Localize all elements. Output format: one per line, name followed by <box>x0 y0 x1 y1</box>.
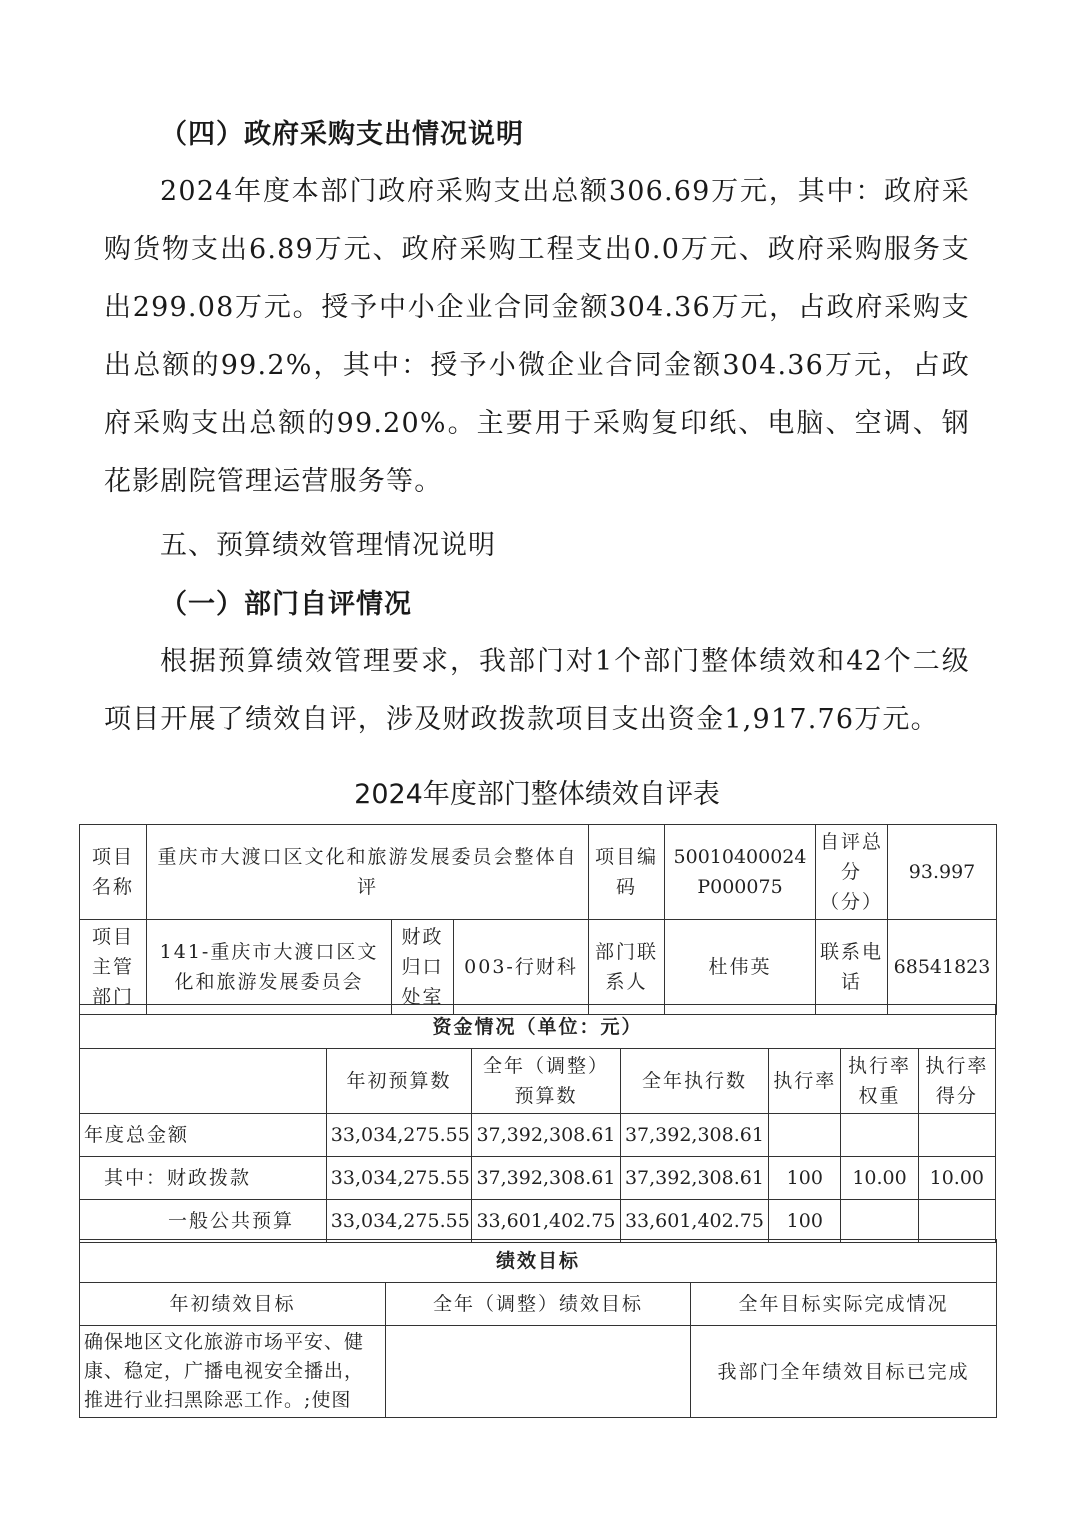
funds-header-adjusted: 全年（调整）预算数 <box>472 1049 620 1114</box>
score-value: 93.997 <box>888 825 997 920</box>
funds-row-score <box>918 1200 995 1243</box>
funds-table: 资金情况（单位：元） 年初预算数 全年（调整）预算数 全年执行数 执行率 执行率… <box>79 1004 996 1243</box>
funds-row-executed: 37,392,308.61 <box>620 1157 768 1200</box>
self-eval-table-top: 项目名称 重庆市大渡口区文化和旅游发展委员会整体自评 项目编码 50010400… <box>79 824 997 1015</box>
funds-header-blank <box>80 1049 327 1114</box>
funds-header-rate: 执行率 <box>769 1049 841 1114</box>
funds-row-executed: 33,601,402.75 <box>620 1200 768 1243</box>
funds-row-executed: 37,392,308.61 <box>620 1114 768 1157</box>
funds-header-initial: 年初预算数 <box>326 1049 471 1114</box>
funds-row-label: 其中：财政拨款 <box>80 1157 327 1200</box>
goals-adjusted-text <box>386 1326 691 1418</box>
phone-label: 联系电话 <box>816 920 888 1015</box>
goals-header-initial: 年初绩效目标 <box>80 1283 386 1326</box>
funds-row-weight: 10.00 <box>841 1157 918 1200</box>
funds-row-weight <box>841 1200 918 1243</box>
score-label: 自评总分（分） <box>816 825 888 920</box>
project-code-label: 项目编码 <box>589 825 665 920</box>
project-code-value: 50010400024P000075 <box>665 825 816 920</box>
section5-heading: 五、预算绩效管理情况说明 <box>160 523 496 562</box>
funds-header-score: 执行率得分 <box>918 1049 995 1114</box>
goals-completion-text: 我部门全年绩效目标已完成 <box>691 1326 997 1418</box>
funds-row-general: 一般公共预算 33,034,275.55 33,601,402.75 33,60… <box>80 1200 996 1243</box>
goals-header-completion: 全年目标实际完成情况 <box>691 1283 997 1326</box>
goals-table: 绩效目标 年初绩效目标 全年（调整）绩效目标 全年目标实际完成情况 确保地区文化… <box>79 1239 997 1418</box>
project-name-value: 重庆市大渡口区文化和旅游发展委员会整体自评 <box>147 825 589 920</box>
phone-value: 68541823 <box>888 920 997 1015</box>
funds-row-adjusted: 37,392,308.61 <box>472 1157 620 1200</box>
funds-row-label: 年度总金额 <box>80 1114 327 1157</box>
table-title: 2024年度部门整体绩效自评表 <box>0 772 1074 811</box>
funds-row-score <box>918 1114 995 1157</box>
funds-row-initial: 33,034,275.55 <box>326 1157 471 1200</box>
office-label: 财政归口处室 <box>392 920 454 1015</box>
section5-subheading: （一）部门自评情况 <box>160 582 412 621</box>
funds-header-executed: 全年执行数 <box>620 1049 768 1114</box>
funds-row-adjusted: 37,392,308.61 <box>472 1114 620 1157</box>
dept-label: 项目主管部门 <box>80 920 147 1015</box>
funds-row-total: 年度总金额 33,034,275.55 37,392,308.61 37,392… <box>80 1114 996 1157</box>
dept-value: 141-重庆市大渡口区文化和旅游发展委员会 <box>147 920 392 1015</box>
contact-value: 杜伟英 <box>665 920 816 1015</box>
funds-row-adjusted: 33,601,402.75 <box>472 1200 620 1243</box>
project-name-label: 项目名称 <box>80 825 147 920</box>
goals-header-adjusted: 全年（调整）绩效目标 <box>386 1283 691 1326</box>
section4-heading: （四）政府采购支出情况说明 <box>160 112 524 151</box>
funds-row-fiscal: 其中：财政拨款 33,034,275.55 37,392,308.61 37,3… <box>80 1157 996 1200</box>
funds-row-rate: 100 <box>769 1157 841 1200</box>
contact-label: 部门联系人 <box>589 920 665 1015</box>
office-value: 003-行财科 <box>454 920 589 1015</box>
section5-paragraph: 根据预算绩效管理要求，我部门对1个部门整体绩效和42个二级项目开展了绩效自评，涉… <box>104 633 970 749</box>
funds-header-weight: 执行率权重 <box>841 1049 918 1114</box>
section4-paragraph: 2024年度本部门政府采购支出总额306.69万元，其中：政府采购货物支出6.8… <box>104 163 970 511</box>
funds-row-weight <box>841 1114 918 1157</box>
goals-initial-text: 确保地区文化旅游市场平安、健康、稳定，广播电视安全播出，推进行业扫黑除恶工作。;… <box>80 1326 386 1418</box>
funds-row-score: 10.00 <box>918 1157 995 1200</box>
funds-row-initial: 33,034,275.55 <box>326 1114 471 1157</box>
funds-row-label: 一般公共预算 <box>80 1200 327 1243</box>
funds-row-rate <box>769 1114 841 1157</box>
goals-section-title: 绩效目标 <box>80 1240 997 1283</box>
funds-row-rate: 100 <box>769 1200 841 1243</box>
funds-row-initial: 33,034,275.55 <box>326 1200 471 1243</box>
funds-section-title: 资金情况（单位：元） <box>80 1005 996 1049</box>
